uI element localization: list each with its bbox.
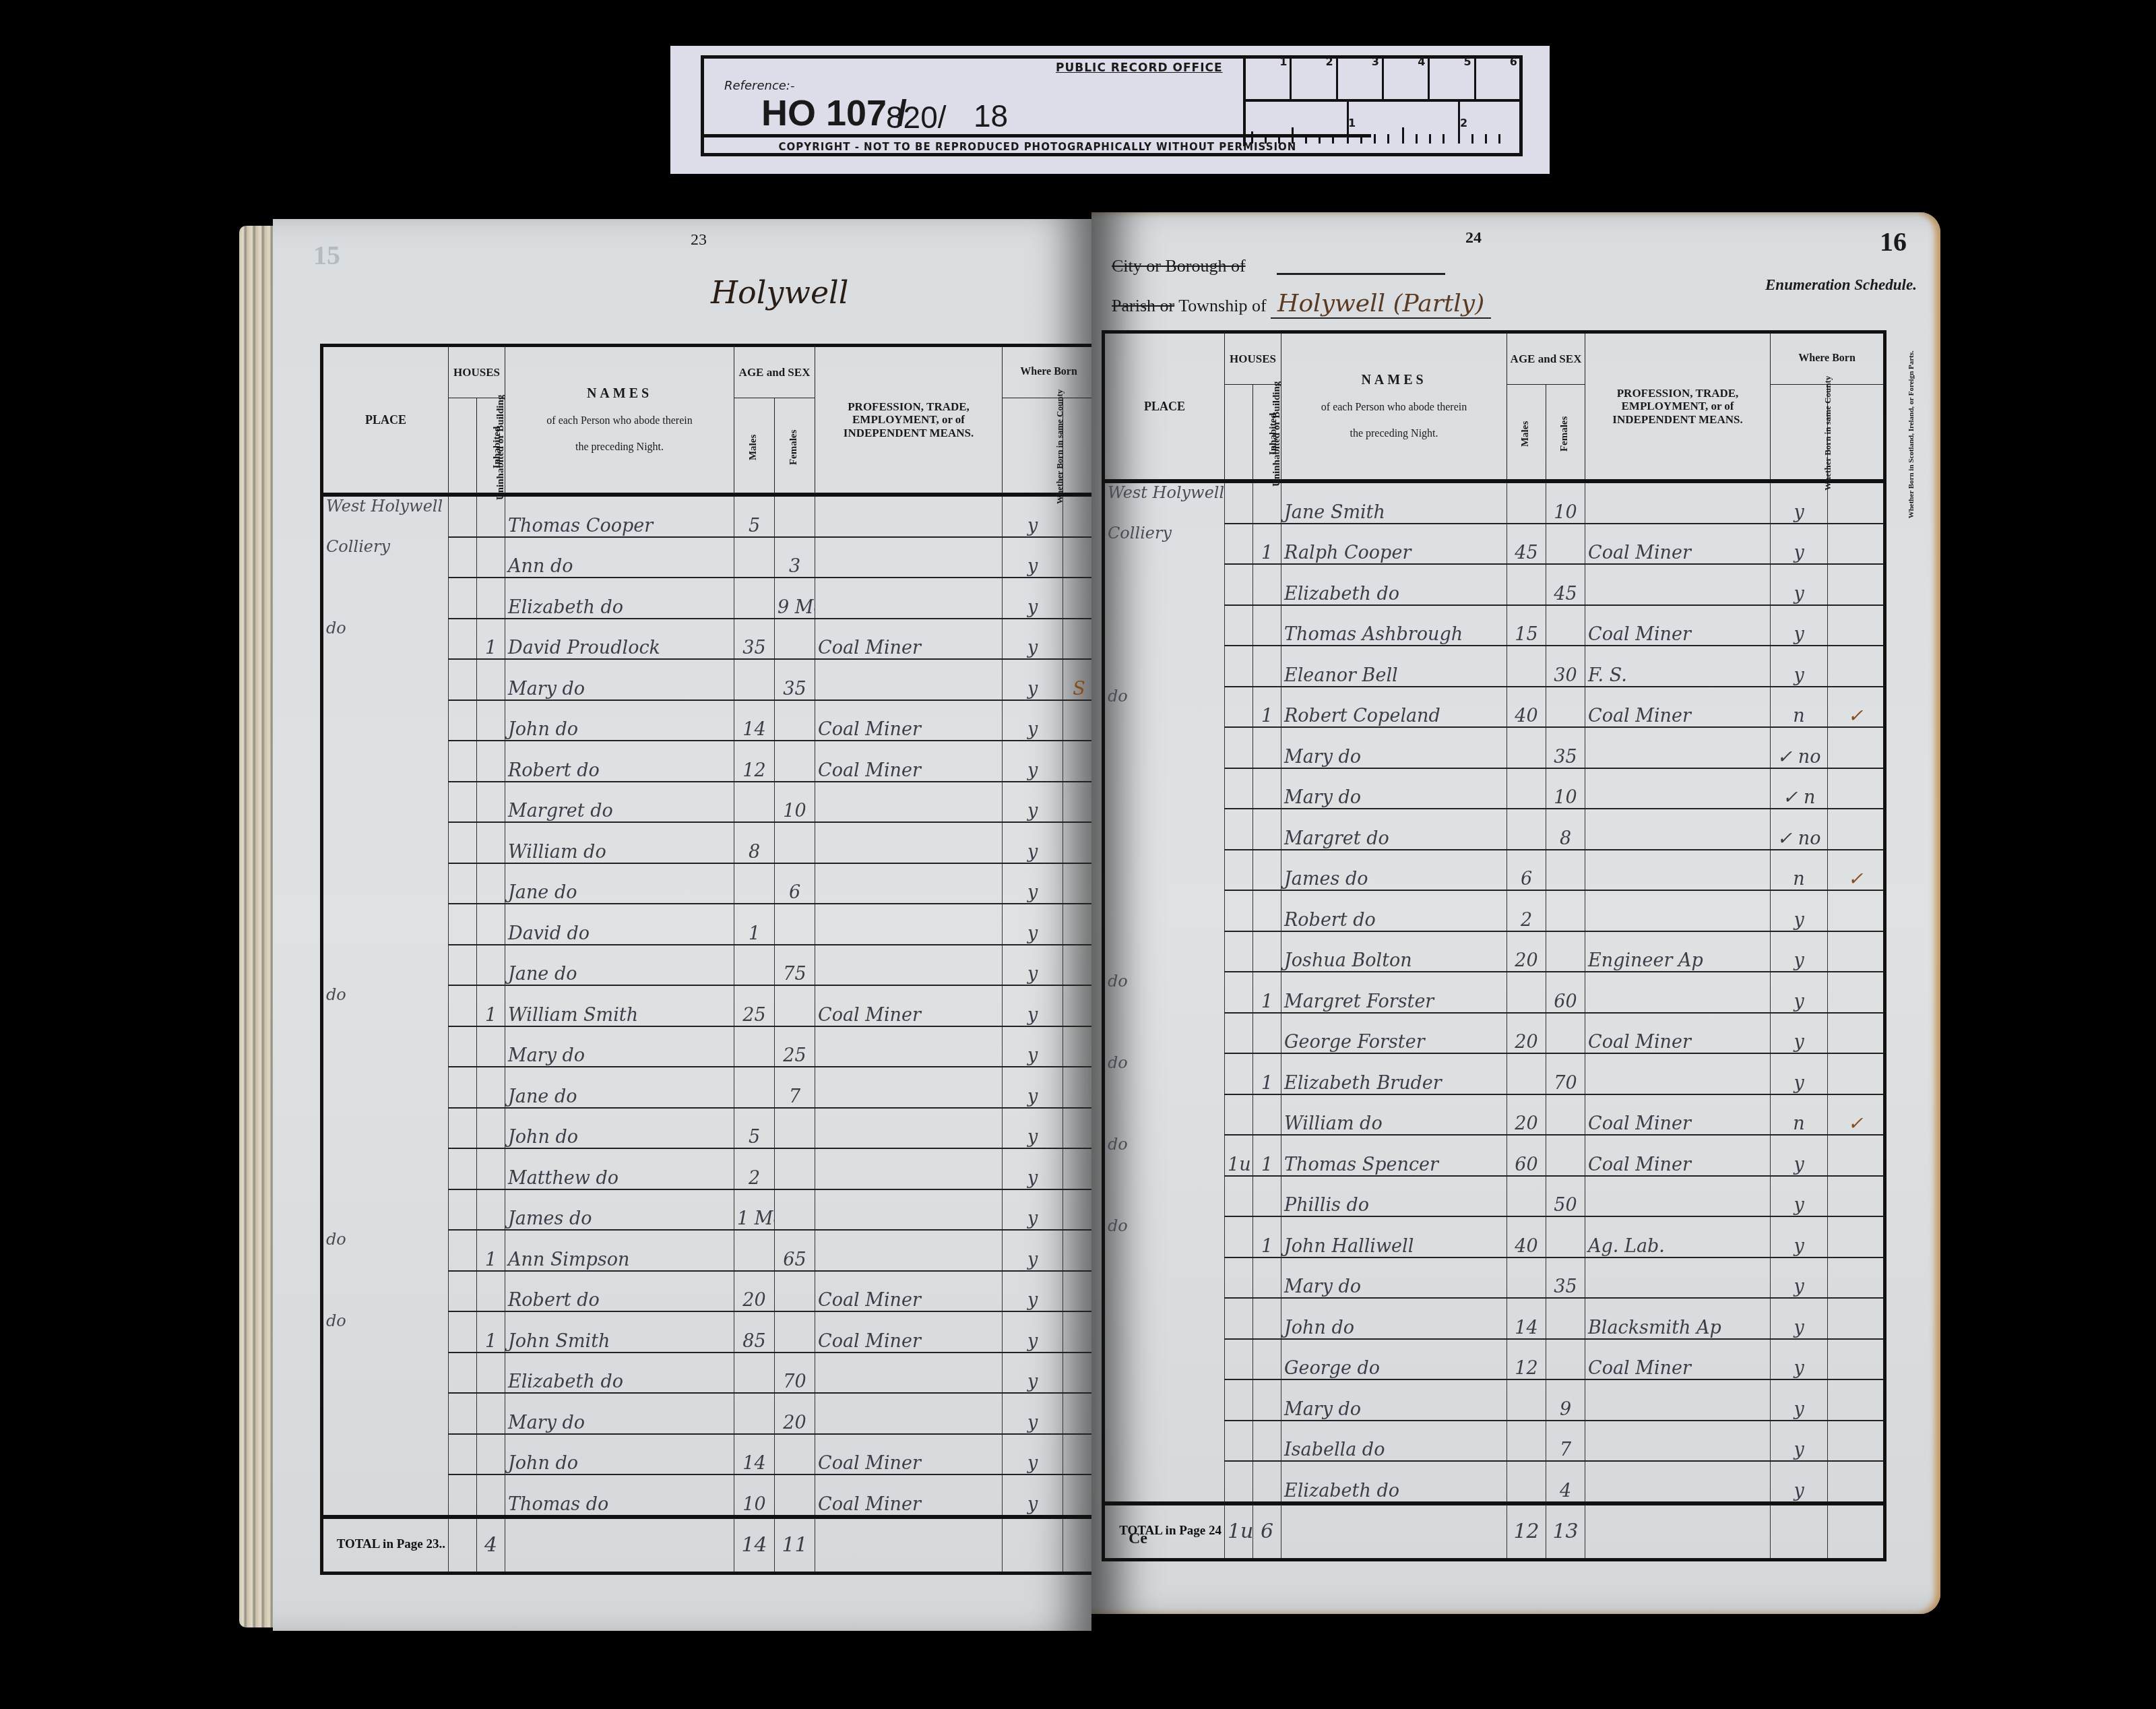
header-age-sex: AGE and SEX [1507,332,1585,385]
profession-cell [815,537,1003,578]
male-age-cell [1507,1176,1546,1217]
inhabited-cell [1253,931,1281,972]
total-profession-blank [1585,1503,1771,1560]
profession-cell [815,1067,1003,1108]
place-cell [322,1353,449,1394]
foreign-born-cell [1828,809,1885,850]
name-cell: David do [505,904,734,945]
profession-cell [1585,890,1771,931]
same-county-cell: y [1771,1013,1828,1054]
profession-cell [1585,1461,1771,1503]
male-age-cell [1507,972,1546,1013]
place-cell [322,945,449,986]
male-age-cell [734,782,775,823]
same-county-cell: n [1771,850,1828,891]
total-females: 13 [1546,1503,1585,1560]
series-code: HO 107 / [761,92,907,134]
uninhabited-cell [1225,481,1253,524]
uninhabited-cell [1225,727,1253,768]
same-county-cell: y [1771,1461,1828,1503]
male-age-cell [734,578,775,619]
name-cell: William do [505,822,734,863]
inhabited-cell: 1 [477,985,505,1026]
uninhabited-cell [449,537,477,578]
township-row: Parish or Township of Holywell (Partly) [1112,290,1491,317]
place-cell [322,1108,449,1149]
same-county-cell: y [1003,741,1063,782]
table-row: do1u1Thomas Spencer60Coal Minery [1104,1135,1885,1176]
foreign-born-cell [1828,1461,1885,1503]
male-age-cell: 10 [734,1474,775,1517]
name-cell: Thomas Ashbrough [1281,605,1507,646]
female-age-cell [1546,890,1585,931]
township-label: Township of [1178,296,1266,315]
inhabited-cell: 1 [1253,524,1281,565]
uninhabited-cell [1225,1421,1253,1462]
total-uninhabited [449,1517,477,1574]
same-county-cell: y [1771,1053,1828,1094]
profession-cell [1585,1257,1771,1299]
male-age-cell: 20 [1507,931,1546,972]
place-cell [322,659,449,700]
place-cell: do [1104,1216,1225,1257]
female-age-cell: 4 [1546,1461,1585,1503]
table-row: CollieryAnn do3y [322,537,1097,578]
name-cell: John do [505,700,734,741]
foreign-born-cell [1828,481,1885,524]
names-sub2: the preceding Night. [1281,428,1507,440]
female-age-cell [775,495,815,537]
table-row: do1Ann Simpson65y [322,1230,1097,1271]
city-value-line [1277,273,1445,275]
place-cell [1104,850,1225,891]
uninhabited-cell [1225,1013,1253,1054]
inhabited-cell: 1 [477,1230,505,1271]
male-age-cell: 5 [734,495,775,537]
male-age-cell: 35 [734,619,775,660]
header-profession: PROFESSION, TRADE, EMPLOYMENT, or of IND… [1585,332,1771,482]
name-cell: Elizabeth do [1281,564,1507,605]
profession-cell [1585,564,1771,605]
female-age-cell: 9 Mon [775,578,815,619]
place-heading: Holywell [711,274,849,311]
place-cell [322,578,449,619]
name-cell: Mary do [505,1026,734,1067]
name-cell: Mary do [1281,1379,1507,1421]
total-row: TOTAL in Page 241u61213 [1104,1503,1885,1560]
foreign-born-cell: ✓ [1828,687,1885,728]
table-row: James do6n✓ [1104,850,1885,891]
place-cell [322,1434,449,1475]
name-cell: George do [1281,1339,1507,1380]
same-county-cell: y [1003,1353,1063,1394]
female-age-cell: 9 [1546,1379,1585,1421]
profession-cell [815,782,1003,823]
female-age-cell: 7 [1546,1421,1585,1462]
place-cell: West Holywell [1104,481,1225,524]
uninhabited-cell [449,741,477,782]
name-cell: Eleanor Bell [1281,646,1507,687]
female-age-cell: 35 [775,659,815,700]
scale-inches: 1 2 [1246,102,1522,144]
header-same-county: Whether Born in same County [1771,385,1828,482]
total-names-blank [1281,1503,1507,1560]
same-county-cell: y [1771,605,1828,646]
uninhabited-cell [449,700,477,741]
male-age-cell: 20 [1507,1013,1546,1054]
header-houses: HOUSES [449,346,505,398]
uninhabited-cell [1225,972,1253,1013]
inhabited-cell [477,741,505,782]
uninhabited-cell [1225,768,1253,809]
total-foreign-blank [1828,1503,1885,1560]
same-county-cell: y [1771,972,1828,1013]
header-same-county: Whether Born in same County [1003,398,1063,495]
male-age-cell: 12 [734,741,775,782]
profession-cell: Coal Miner [1585,1013,1771,1054]
name-cell: William Smith [505,985,734,1026]
place-cell [322,904,449,945]
folio-number: 18 [974,98,1008,134]
inhabited-cell [477,1189,505,1231]
name-cell: Jane Smith [1281,481,1507,524]
table-row: Colliery1Ralph Cooper45Coal Minery [1104,524,1885,565]
place-cell [1104,890,1225,931]
same-county-cell: ✓ no [1771,727,1828,768]
place-cell [322,1474,449,1517]
female-age-cell: 50 [1546,1176,1585,1217]
profession-cell [815,904,1003,945]
inhabited-cell [477,578,505,619]
inhabited-cell: 1 [1253,1135,1281,1176]
female-age-cell: 7 [775,1067,815,1108]
table-row: Elizabeth do4y [1104,1461,1885,1503]
male-age-cell: 1 [734,904,775,945]
header-uninhabited: Uninhabited or Building [449,398,477,495]
names-title: NAMES [505,386,734,402]
name-cell: Robert do [1281,890,1507,931]
place-cell [322,1393,449,1434]
inhabited-cell [477,1067,505,1108]
place-cell [322,700,449,741]
inhabited-cell [1253,1094,1281,1136]
place-cell: West Holywell [322,495,449,537]
place-cell [1104,1461,1225,1503]
male-age-cell [734,863,775,904]
table-row: Jane do75y [322,945,1097,986]
foreign-born-cell [1828,1298,1885,1339]
scale-cm-3: 3 [1338,55,1384,99]
female-age-cell [1546,605,1585,646]
name-cell: John do [505,1434,734,1475]
female-age-cell: 20 [775,1393,815,1434]
same-county-cell: y [1771,564,1828,605]
inhabited-cell [477,1026,505,1067]
name-cell: Mary do [1281,727,1507,768]
foreign-born-cell [1828,1257,1885,1299]
place-cell [322,1026,449,1067]
inhabited-cell [1253,809,1281,850]
female-age-cell: 3 [775,537,815,578]
table-row: Mary do25y [322,1026,1097,1067]
female-age-cell: 6 [775,863,815,904]
table-row: Margret do10y [322,782,1097,823]
same-county-cell: y [1003,578,1063,619]
uninhabited-cell [449,863,477,904]
same-county-cell: y [1771,1176,1828,1217]
table-row: do1John Smith85Coal Minery [322,1311,1097,1353]
name-cell: James do [505,1189,734,1231]
total-label: TOTAL in Page 24 [1104,1503,1225,1560]
schedule-title: Enumeration Schedule. [1765,276,1917,294]
foreign-born-cell: ✓ [1828,1094,1885,1136]
header-males: Males [734,398,775,495]
uninhabited-cell [1225,1053,1253,1094]
same-county-cell: y [1771,1421,1828,1462]
uninhabited-cell [449,945,477,986]
name-cell: Ralph Cooper [1281,524,1507,565]
table-row: William do8y [322,822,1097,863]
table-row: Thomas Ashbrough15Coal Minery [1104,605,1885,646]
male-age-cell: 60 [1507,1135,1546,1176]
total-inhabited: 6 [1253,1503,1281,1560]
inhabited-cell [477,904,505,945]
profession-cell: Ag. Lab. [1585,1216,1771,1257]
uninhabited-cell [449,1189,477,1231]
female-age-cell [775,822,815,863]
female-age-cell: 35 [1546,1257,1585,1299]
male-age-cell [734,1393,775,1434]
table-row: Thomas do10Coal Minery [322,1474,1097,1517]
male-age-cell: 2 [1507,890,1546,931]
foreign-born-cell [1828,890,1885,931]
male-age-cell [1507,1421,1546,1462]
inhabited-cell [1253,1421,1281,1462]
profession-cell [815,578,1003,619]
profession-cell [1585,481,1771,524]
inhabited-cell [477,863,505,904]
census-book: 23 15 Holywell PLACE HOUSES NAMES of eac… [239,206,1947,1631]
table-row: John do14Coal Minery [322,1434,1097,1475]
table-row: Mary do35yS [322,659,1097,700]
table-row: Eleanor Bell30F. S.y [1104,646,1885,687]
male-age-cell [734,537,775,578]
profession-cell: Engineer Ap [1585,931,1771,972]
male-age-cell: 20 [1507,1094,1546,1136]
female-age-cell [775,985,815,1026]
uninhabited-cell [449,1067,477,1108]
table-row: do1Elizabeth Bruder70y [1104,1053,1885,1094]
foreign-born-cell [1828,1013,1885,1054]
inhabited-cell [477,1393,505,1434]
name-cell: Elizabeth do [505,1353,734,1394]
same-county-cell: y [1003,863,1063,904]
profession-cell: Coal Miner [1585,687,1771,728]
name-cell: Jane do [505,945,734,986]
same-county-cell: y [1771,1135,1828,1176]
scale-in-2: 2 [1460,117,1467,129]
name-cell: Mary do [1281,768,1507,809]
uninhabited-cell [449,1434,477,1475]
uninhabited-cell [1225,564,1253,605]
uninhabited-cell [1225,1461,1253,1503]
inhabited-cell [477,1108,505,1149]
table-row: Mary do10✓ n [1104,768,1885,809]
table-row: do1David Proudlock35Coal Minery [322,619,1097,660]
foreign-born-cell [1828,1176,1885,1217]
male-age-cell: 14 [734,1434,775,1475]
office-title: PUBLIC RECORD OFFICE [1056,61,1223,75]
female-age-cell [775,1434,815,1475]
total-males: 12 [1507,1503,1546,1560]
name-cell: George Forster [1281,1013,1507,1054]
female-age-cell [775,1474,815,1517]
same-county-cell: y [1771,890,1828,931]
uninhabited-cell [1225,890,1253,931]
profession-cell: Coal Miner [815,1271,1003,1312]
header-houses: HOUSES [1225,332,1281,385]
male-age-cell [1507,1257,1546,1299]
schedule-table-left: PLACE HOUSES NAMES of each Person who ab… [320,344,1098,1575]
scale-cm-4: 4 [1384,55,1430,99]
table-row: Robert do20Coal Minery [322,1271,1097,1312]
table-row: George do12Coal Minery [1104,1339,1885,1380]
female-age-cell [775,700,815,741]
inhabited-cell [477,1148,505,1189]
same-county-cell: y [1003,945,1063,986]
piece-number: 820/ [886,99,947,135]
place-cell [1104,646,1225,687]
right-page: 24 16 Enumeration Schedule. City or Boro… [1091,212,1940,1614]
male-age-cell: 14 [1507,1298,1546,1339]
foreign-born-cell [1828,931,1885,972]
name-cell: Thomas Spencer [1281,1135,1507,1176]
name-cell: Mary do [505,659,734,700]
ghost-page-number: 15 [313,239,340,271]
total-inhabited: 4 [477,1517,505,1574]
header-age-sex: AGE and SEX [734,346,815,398]
profession-cell [815,945,1003,986]
table-row: Mary do20y [322,1393,1097,1434]
reference-frame: PUBLIC RECORD OFFICE Reference:- HO 107 … [701,55,1523,156]
header-names: NAMES of each Person who abode therein t… [505,346,734,495]
female-age-cell: 70 [775,1353,815,1394]
inhabited-cell [477,822,505,863]
same-county-cell: y [1003,495,1063,537]
inhabited-cell [1253,605,1281,646]
name-cell: Robert Copeland [1281,687,1507,728]
profession-cell: Coal Miner [1585,1339,1771,1380]
name-cell: Joshua Bolton [1281,931,1507,972]
profession-cell [815,495,1003,537]
inhabited-cell [477,659,505,700]
uninhabited-cell [449,904,477,945]
male-age-cell: 85 [734,1311,775,1353]
female-age-cell [775,1271,815,1312]
uninhabited-cell [1225,931,1253,972]
profession-cell [815,1026,1003,1067]
place-cell: do [1104,687,1225,728]
names-sub1: of each Person who abode therein [505,415,734,427]
inhabited-cell [1253,481,1281,524]
name-cell: Isabella do [1281,1421,1507,1462]
profession-cell: F. S. [1585,646,1771,687]
male-age-cell [1507,1053,1546,1094]
female-age-cell: 65 [775,1230,815,1271]
place-cell [1104,809,1225,850]
schedule-table-right: PLACE HOUSES NAMES of each Person who ab… [1102,330,1886,1561]
uninhabited-cell [1225,809,1253,850]
profession-cell: Coal Miner [1585,1094,1771,1136]
male-age-cell [1507,727,1546,768]
female-age-cell [1546,687,1585,728]
name-cell: Matthew do [505,1148,734,1189]
male-age-cell: 5 [734,1108,775,1149]
same-county-cell: y [1003,1474,1063,1517]
place-cell [322,863,449,904]
header-where-born: Where Born [1003,346,1097,398]
place-cell [1104,1421,1225,1462]
same-county-cell: ✓ no [1771,809,1828,850]
name-cell: John do [1281,1298,1507,1339]
names-sub2: the preceding Night. [505,441,734,454]
table-row: John do14Blacksmith Apy [1104,1298,1885,1339]
table-row: William do20Coal Minern✓ [1104,1094,1885,1136]
profession-cell [815,822,1003,863]
header-profession: PROFESSION, TRADE, EMPLOYMENT, or of IND… [815,346,1003,495]
male-age-cell [1507,809,1546,850]
male-age-cell [734,1353,775,1394]
name-cell: Mary do [505,1393,734,1434]
inhabited-cell [477,1434,505,1475]
name-cell: Jane do [505,863,734,904]
inhabited-cell [1253,1379,1281,1421]
name-cell: Margret Forster [1281,972,1507,1013]
inhabited-cell: 1 [1253,972,1281,1013]
uninhabited-cell [1225,1176,1253,1217]
female-age-cell [1546,1094,1585,1136]
male-age-cell: 6 [1507,850,1546,891]
male-age-cell: 45 [1507,524,1546,565]
foreign-born-cell [1828,1339,1885,1380]
same-county-cell: y [1003,904,1063,945]
inhabited-cell [1253,1176,1281,1217]
total-females: 11 [775,1517,815,1574]
same-county-cell: ✓ n [1771,768,1828,809]
profession-cell: Coal Miner [1585,1135,1771,1176]
place-cell [1104,1176,1225,1217]
table-row: Isabella do7y [1104,1421,1885,1462]
same-county-cell: y [1003,985,1063,1026]
female-age-cell: 45 [1546,564,1585,605]
foreign-born-cell [1828,605,1885,646]
female-age-cell [775,1108,815,1149]
name-cell: Elizabeth do [505,578,734,619]
same-county-cell: y [1003,1434,1063,1475]
inhabited-cell [477,782,505,823]
header-foreign: Whether Born in Scotland, Ireland, or Fo… [1828,385,1885,482]
male-age-cell [1507,768,1546,809]
same-county-cell: y [1771,931,1828,972]
foreign-born-cell [1828,1053,1885,1094]
names-title: NAMES [1281,373,1507,388]
male-age-cell [1507,481,1546,524]
inhabited-cell [477,1353,505,1394]
total-label: TOTAL in Page 23.. [322,1517,449,1574]
profession-cell [1585,1379,1771,1421]
place-cell [1104,1013,1225,1054]
place-cell [1104,1298,1225,1339]
